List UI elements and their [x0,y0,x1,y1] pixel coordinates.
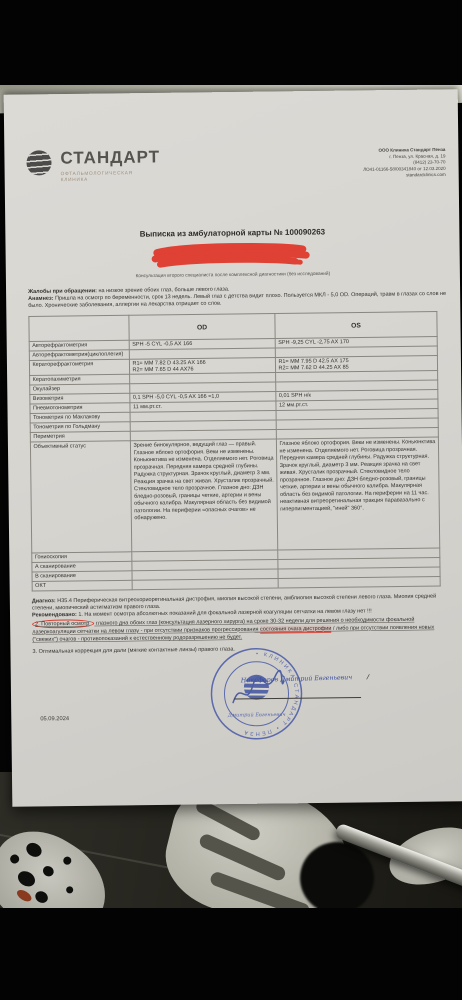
document-footer: 05.09.2024 • КЛИНИКА СТАНДАРТ • ПЕНЗА [11,652,462,778]
header-empty-cell [29,315,129,341]
row-label: ОКТ [32,580,132,591]
photo-black-top [0,0,462,85]
recommendations-label: Рекомендовано: [32,611,77,618]
anamnesis-label: Анамнез: [28,295,53,301]
clinic-tagline: ОФТАЛЬМОЛОГИЧЕСКАЯ КЛИНИКА [61,170,161,183]
row-label: Кераторефрактометрия [29,359,129,375]
clinic-info-line: standardclinics.com [363,171,445,178]
complaints-paragraph: Жалобы при обращении: на низкое зрение о… [28,283,451,309]
recommendation-item-2: 2. Повторный осмотр глазного дна обоих г… [32,615,457,643]
table-row: Объективный статусЗрение бинокулярное, в… [30,437,439,553]
diagnosis-text: Н35.4 Периферическая витреохориоретиналь… [32,593,436,611]
photo-background: СТАНДАРТ ОФТАЛЬМОЛОГИЧЕСКАЯ КЛИНИКА ООО … [0,0,462,1000]
clinic-brand: СТАНДАРТ ОФТАЛЬМОЛОГИЧЕСКАЯ КЛИНИКА [26,148,160,184]
clinic-name: СТАНДАРТ [60,148,160,167]
header-os-cell: OS [275,312,437,339]
photo-black-bottom [0,908,462,1000]
red-underline-annotation: состояния очага дистрофии [260,625,331,633]
results-table: ODOSАвторефрактометрияSPH -5 CYL -0,5 AX… [28,311,440,591]
red-scribble-redaction [150,240,315,271]
consultation-subtitle: Консультация второго специалиста после к… [6,269,460,280]
od-cell: R1= MM 7.82 D 43.25 AX 166 R2= MM 7.65 D… [129,357,275,374]
document-date: 05.09.2024 [40,715,69,721]
svg-text:Дмитрий Евгеньевич: Дмитрий Евгеньевич [227,712,286,719]
os-cell [278,577,440,588]
header-od-cell: OD [129,314,275,341]
complaints-label: Жалобы при обращении: [28,288,97,295]
document-title: Выписка из амбулаторной карты № 10009026… [5,226,459,241]
document-content: СТАНДАРТ ОФТАЛЬМОЛОГИЧЕСКАЯ КЛИНИКА ООО … [4,89,462,806]
od-cell [132,578,278,589]
os-cell: Глазное яблоко ортофория. Веки не измене… [276,437,439,550]
signature-slash: / [366,673,370,682]
striped-sphere-logo-icon [26,150,51,175]
row-label: Объективный статус [30,441,131,553]
dark-object [300,842,374,914]
diagnosis-label: Диагноз: [32,598,56,604]
signature-line [234,684,361,700]
results-table-body: ODOSАвторефрактометрияSPH -5 CYL -0,5 AX… [29,312,440,591]
document-header: СТАНДАРТ ОФТАЛЬМОЛОГИЧЕСКАЯ КЛИНИКА ООО … [26,144,445,183]
clinic-info: ООО Клиника Стандарт Пензаг. Пенза, ул. … [363,146,446,178]
diagnosis-paragraph: Диагноз: Н35.4 Периферическая витреохори… [32,592,457,618]
od-cell: Зрение бинокулярное, ведущий глаз — прав… [130,439,277,552]
document-paper: СТАНДАРТ ОФТАЛЬМОЛОГИЧЕСКАЯ КЛИНИКА ООО … [4,89,462,806]
